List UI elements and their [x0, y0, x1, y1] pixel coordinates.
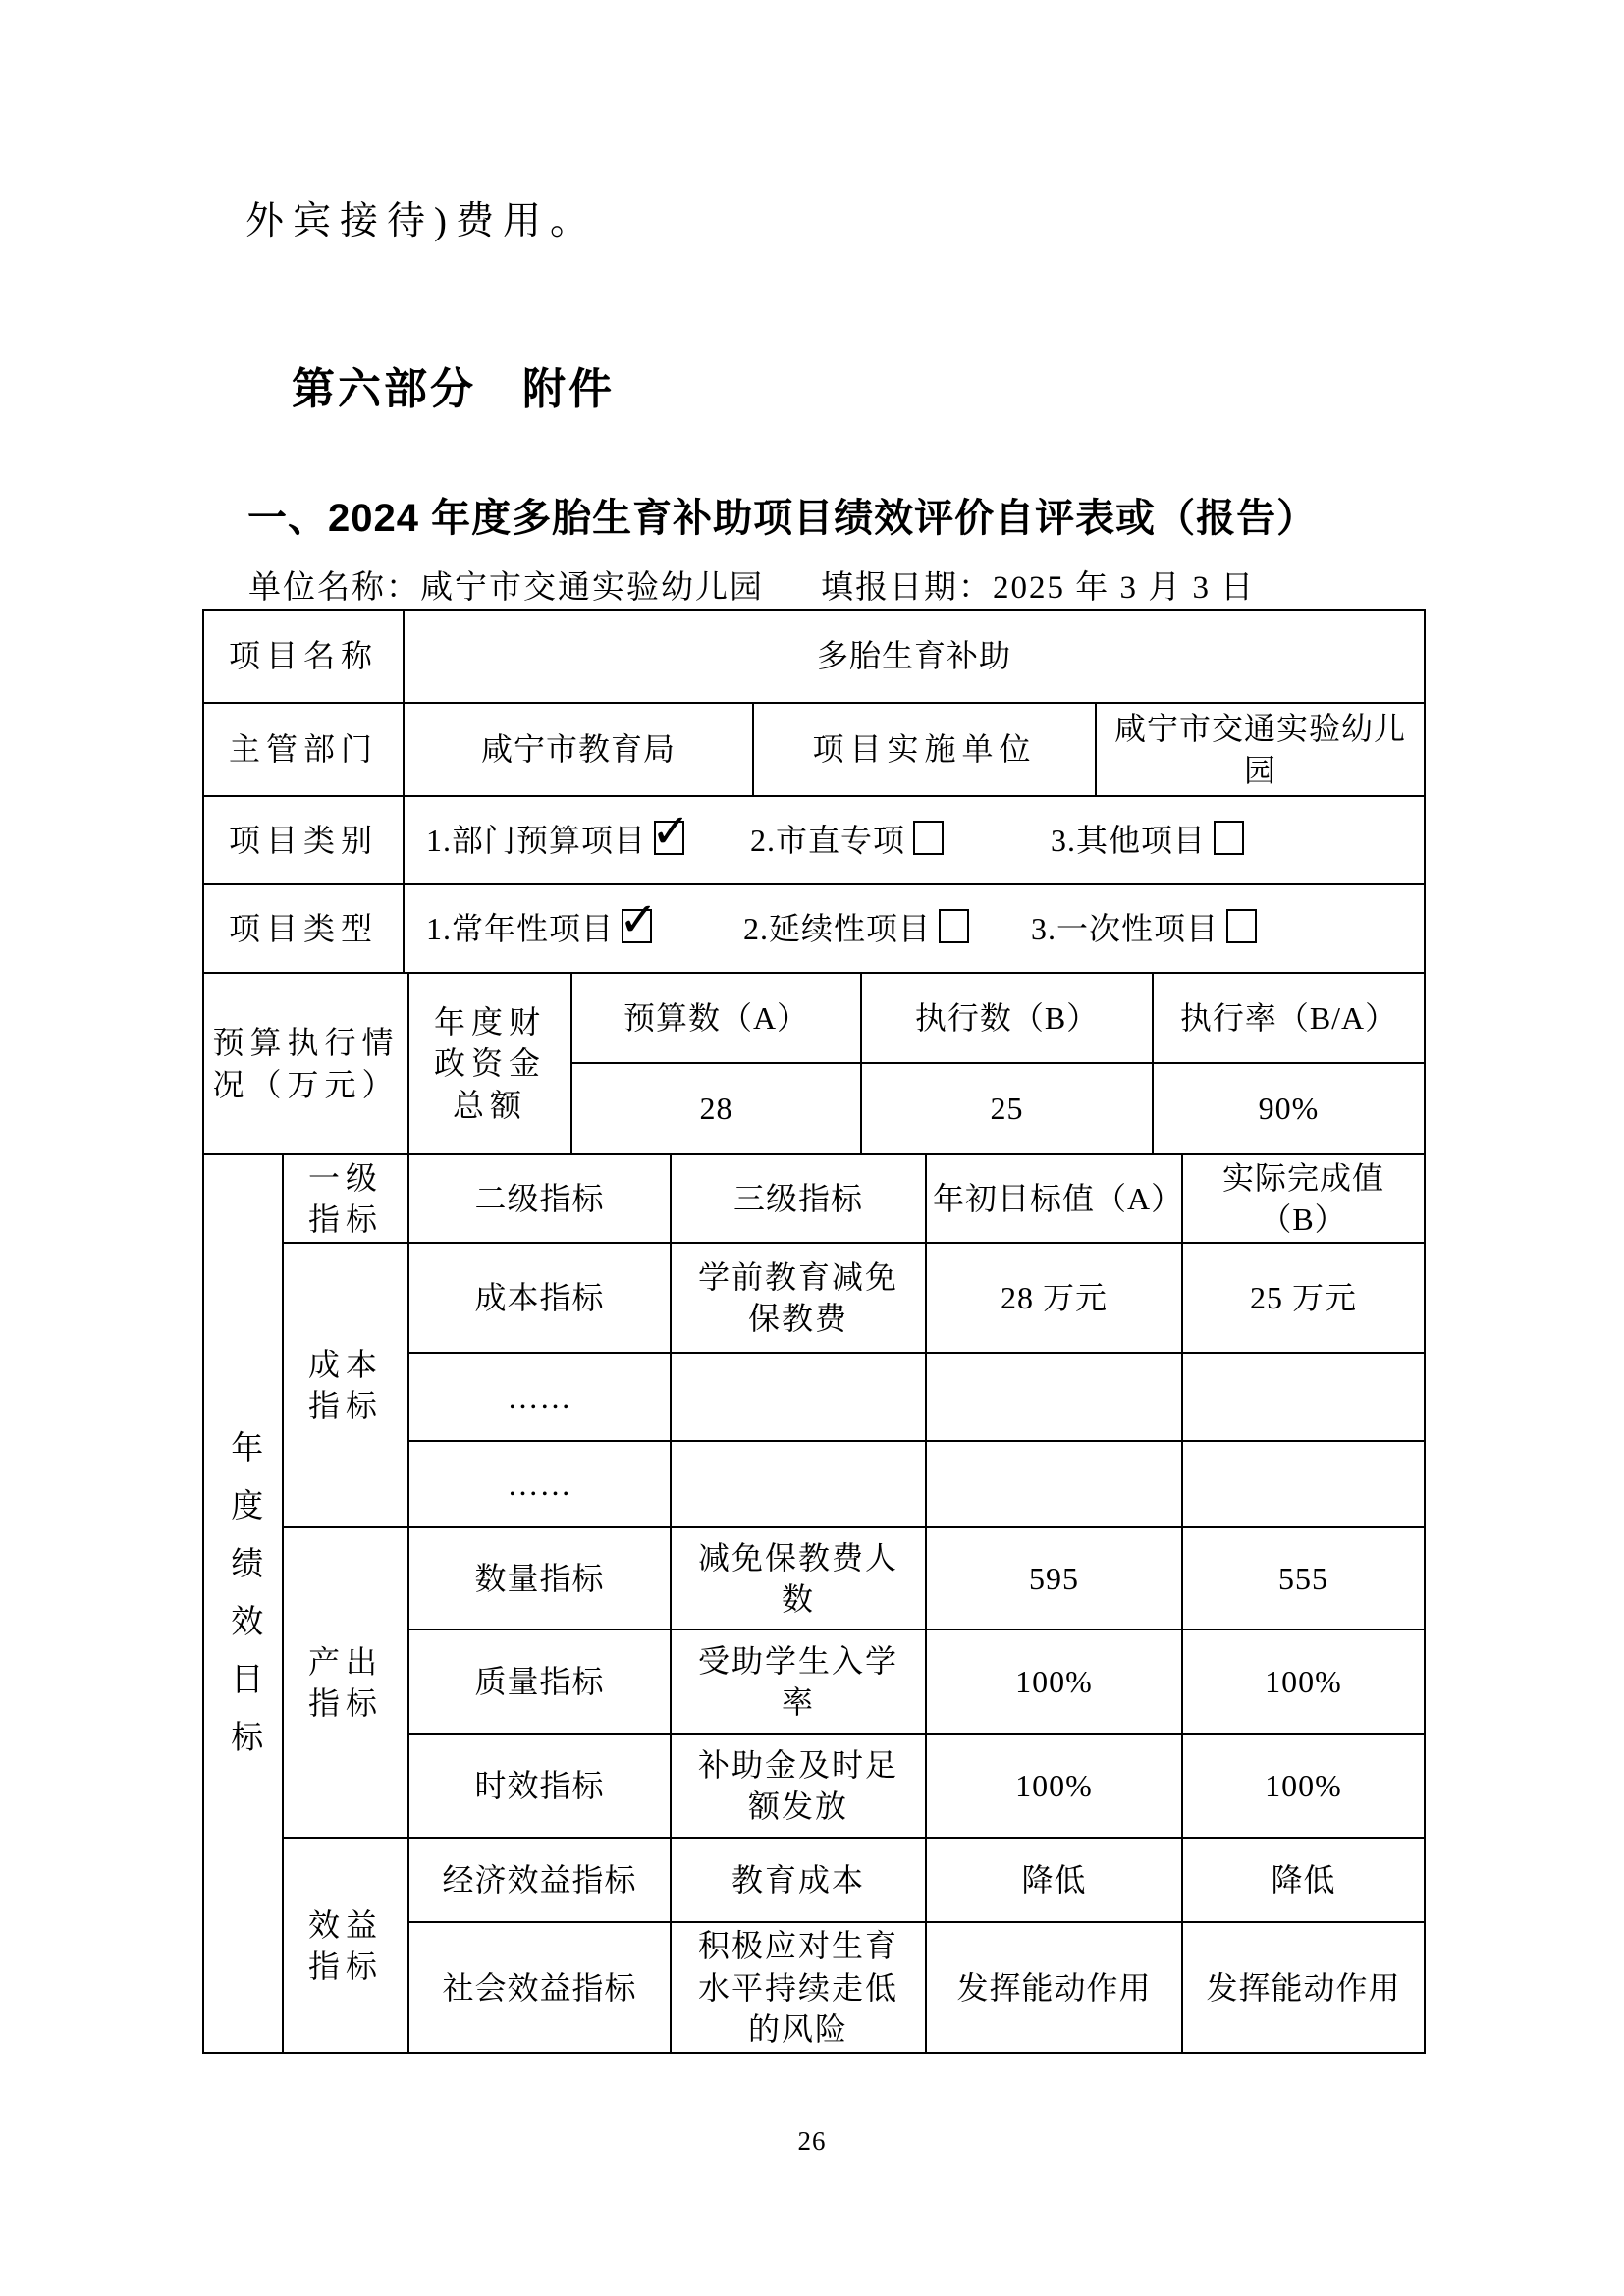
cell-target: 595	[926, 1527, 1182, 1629]
cell-l2: ……	[408, 1353, 671, 1441]
cell-target	[926, 1441, 1182, 1527]
checkbox-icon	[1214, 821, 1244, 855]
table-row: 年度绩效目标 一级指标 二级指标 三级指标 年初目标值（A） 实际完成值（B）	[203, 1154, 1425, 1243]
cell-actual: 100%	[1182, 1629, 1425, 1734]
project-name-value: 多胎生育补助	[404, 610, 1425, 703]
cell-l3: 教育成本	[671, 1838, 926, 1922]
cell-l2: 时效指标	[408, 1734, 671, 1838]
cell-actual	[1182, 1353, 1425, 1441]
cell-target	[926, 1353, 1182, 1441]
cell-target: 100%	[926, 1734, 1182, 1838]
cell-l2: 质量指标	[408, 1629, 671, 1734]
group-output-label: 产出指标	[283, 1527, 408, 1838]
dept-value: 咸宁市教育局	[404, 703, 753, 796]
group-benefit-label: 效益指标	[283, 1838, 408, 2053]
checkbox-icon	[654, 821, 684, 855]
group-cost-label: 成本指标	[283, 1243, 408, 1527]
cell-l2: 成本指标	[408, 1243, 671, 1353]
header-target: 年初目标值（A）	[926, 1154, 1182, 1243]
table-row: 效益指标 经济效益指标 教育成本 降低 降低	[203, 1838, 1425, 1922]
type-option: 3.一次性项目	[1031, 911, 1257, 946]
cell-l3	[671, 1353, 926, 1441]
header-actual: 实际完成值（B）	[1182, 1154, 1425, 1243]
budget-value-rate: 90%	[1153, 1063, 1425, 1154]
checkbox-icon	[1226, 909, 1257, 943]
cell-l3: 补助金及时足额发放	[671, 1734, 926, 1838]
table-row: 项目类型 1.常年性项目 2.延续性项目 3.一次性项目	[203, 884, 1425, 973]
section-heading: 第六部分 附件	[292, 353, 615, 416]
budget-value-a: 28	[571, 1063, 861, 1154]
table-row: 成本指标 成本指标 学前教育减免保教费 28 万元 25 万元	[203, 1243, 1425, 1353]
project-info-table: 项目名称 多胎生育补助 主管部门 咸宁市教育局 项目实施单位 咸宁市交通实验幼儿…	[202, 609, 1426, 974]
cell-l3	[671, 1441, 926, 1527]
cell-l2: ……	[408, 1441, 671, 1527]
performance-side-label: 年度绩效目标	[203, 1154, 283, 2053]
category-options: 1.部门预算项目 2.市直专项 3.其他项目	[404, 796, 1425, 884]
performance-table: 年度绩效目标 一级指标 二级指标 三级指标 年初目标值（A） 实际完成值（B） …	[202, 1153, 1426, 2054]
impl-unit-label: 项目实施单位	[753, 703, 1096, 796]
cell-l2: 经济效益指标	[408, 1838, 671, 1922]
dept-label: 主管部门	[203, 703, 404, 796]
budget-header-b: 执行数（B）	[861, 973, 1153, 1063]
cell-actual	[1182, 1441, 1425, 1527]
table-row: 预算执行情况（万元） 年度财政资金总额 预算数（A） 执行数（B） 执行率（B/…	[203, 973, 1425, 1063]
cell-l3: 学前教育减免保教费	[671, 1243, 926, 1353]
report-date-label: 填报日期：	[821, 570, 993, 606]
cell-l2: 数量指标	[408, 1527, 671, 1629]
cell-actual: 555	[1182, 1527, 1425, 1629]
budget-value-b: 25	[861, 1063, 1153, 1154]
table-row: 主管部门 咸宁市教育局 项目实施单位 咸宁市交通实验幼儿园	[203, 703, 1425, 796]
cell-l3: 减免保教费人数	[671, 1527, 926, 1629]
impl-unit-value: 咸宁市交通实验幼儿园	[1096, 703, 1425, 796]
table-row: 产出指标 数量指标 减免保教费人数 595 555	[203, 1527, 1425, 1629]
cell-target: 发挥能动作用	[926, 1922, 1182, 2053]
report-date-value: 2025 年 3 月 3 日	[993, 570, 1255, 606]
category-option: 1.部门预算项目	[426, 823, 684, 858]
checkbox-icon	[939, 909, 969, 943]
category-label: 项目类别	[203, 796, 404, 884]
unit-name-value: 咸宁市交通实验幼儿园	[420, 570, 764, 606]
checkbox-icon	[913, 821, 944, 855]
checkbox-icon	[622, 909, 652, 943]
cell-actual: 25 万元	[1182, 1243, 1425, 1353]
cell-target: 降低	[926, 1838, 1182, 1922]
header-l3: 三级指标	[671, 1154, 926, 1243]
table-row: 项目名称 多胎生育补助	[203, 610, 1425, 703]
unit-name: 单位名称：咸宁市交通实验幼儿园	[248, 570, 764, 606]
type-option: 1.常年性项目	[426, 911, 652, 946]
cell-l2: 社会效益指标	[408, 1922, 671, 2053]
report-date: 填报日期：2025 年 3 月 3 日	[821, 570, 1255, 606]
cell-actual: 发挥能动作用	[1182, 1922, 1425, 2053]
budget-row-label: 预算执行情况（万元）	[203, 973, 408, 1154]
budget-execution-table: 预算执行情况（万元） 年度财政资金总额 预算数（A） 执行数（B） 执行率（B/…	[202, 972, 1426, 1155]
budget-header-rate: 执行率（B/A）	[1153, 973, 1425, 1063]
header-l2: 二级指标	[408, 1154, 671, 1243]
form-info-line: 单位名称：咸宁市交通实验幼儿园填报日期：2025 年 3 月 3 日	[248, 561, 1255, 608]
budget-total-label: 年度财政资金总额	[408, 973, 571, 1154]
cell-target: 28 万元	[926, 1243, 1182, 1353]
project-name-label: 项目名称	[203, 610, 404, 703]
cell-l3: 受助学生入学率	[671, 1629, 926, 1734]
cell-actual: 100%	[1182, 1734, 1425, 1838]
attachment-title: 一、2024 年度多胎生育补助项目绩效评价自评表或（报告）	[247, 487, 1317, 543]
category-option: 3.其他项目	[1051, 823, 1244, 858]
cell-l3: 积极应对生育水平持续走低的风险	[671, 1922, 926, 2053]
type-option: 2.延续性项目	[743, 911, 969, 946]
document-page: 外宾接待)费用。 第六部分 附件 一、2024 年度多胎生育补助项目绩效评价自评…	[0, 0, 1624, 2296]
intro-paragraph: 外宾接待)费用。	[245, 190, 597, 245]
table-row: 项目类别 1.部门预算项目 2.市直专项 3.其他项目	[203, 796, 1425, 884]
cell-actual: 降低	[1182, 1838, 1425, 1922]
budget-header-a: 预算数（A）	[571, 973, 861, 1063]
page-number: 26	[0, 2126, 1624, 2157]
unit-name-label: 单位名称：	[248, 570, 420, 606]
cell-target: 100%	[926, 1629, 1182, 1734]
type-options: 1.常年性项目 2.延续性项目 3.一次性项目	[404, 884, 1425, 973]
header-l1: 一级指标	[283, 1154, 408, 1243]
category-option: 2.市直专项	[750, 823, 944, 858]
type-label: 项目类型	[203, 884, 404, 973]
self-evaluation-table: 项目名称 多胎生育补助 主管部门 咸宁市教育局 项目实施单位 咸宁市交通实验幼儿…	[202, 609, 1424, 2054]
